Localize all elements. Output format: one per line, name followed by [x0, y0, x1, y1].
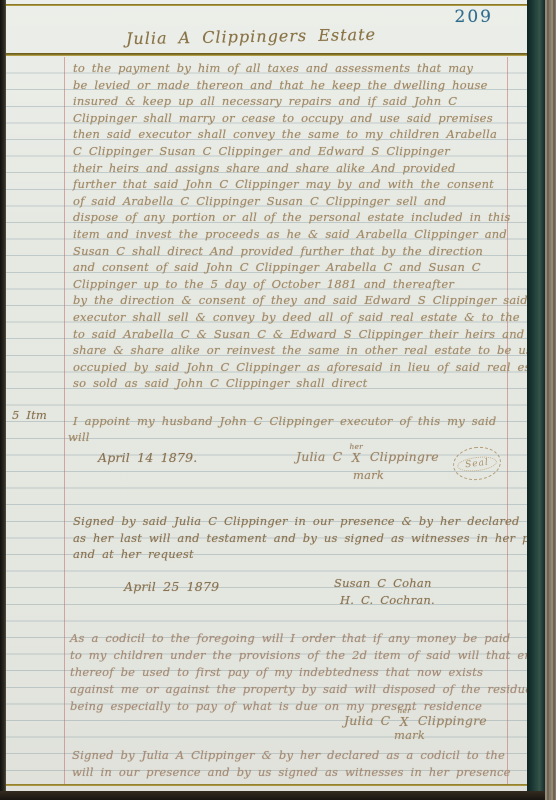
page-edges	[545, 0, 556, 800]
margin-item-note: 5 Itm	[12, 408, 47, 422]
manuscript-line: insured & keep up all necessary repairs …	[73, 94, 457, 108]
manuscript-line: Susan C shall direct And provided furthe…	[73, 244, 483, 258]
book-cover-edge	[527, 0, 545, 800]
header-gold-rule	[6, 53, 527, 56]
manuscript-line: share & share alike or reinvest the same…	[73, 343, 556, 357]
manuscript-line: item and invest the proceeds as he & sai…	[73, 227, 507, 241]
manuscript-line: to said Arabella C & Susan C & Edward S …	[73, 327, 556, 341]
manuscript-line: and at her request	[73, 547, 194, 561]
witness-signature: Susan C Cohan	[334, 576, 432, 590]
witness-signature: H. C. Cochran.	[340, 593, 435, 607]
right-margin-line	[507, 57, 508, 784]
left-margin-line	[64, 57, 65, 784]
manuscript-line: of said Arabella C Clippinger Susan C Cl…	[73, 194, 446, 208]
manuscript-line: their heirs and assigns share and share …	[73, 161, 456, 175]
manuscript-line: will in our presence and by us signed as…	[72, 765, 511, 779]
manuscript-line: then said executor shall convey the same…	[73, 127, 497, 141]
witness-date: April 25 1879	[124, 579, 219, 594]
bottom-page-shadow	[0, 791, 545, 800]
testator-signature: Julia C her X Clippingre	[296, 443, 439, 464]
manuscript-line: will	[68, 430, 90, 444]
page-number: 209	[455, 7, 493, 27]
manuscript-line: further that said John C Clippinger may …	[73, 177, 494, 191]
manuscript-line: Signed by said Julia C Clippinger in our…	[73, 514, 520, 528]
x-mark: her X	[349, 443, 362, 464]
mark-label: mark	[353, 468, 384, 482]
ledger-page: 209 Julia A Clippingers Estate to the pa…	[6, 0, 527, 791]
manuscript-line: Clippinger up to the 5 day of October 18…	[73, 277, 454, 291]
codicil-signature: Julia C her X Clippingre	[344, 707, 487, 728]
seal-label: Seal	[456, 454, 497, 473]
manuscript-line: thereof be used to first pay of my indeb…	[70, 665, 483, 679]
top-gold-rule	[6, 4, 527, 6]
manuscript-line: Signed by Julia A Clippinger & by her de…	[72, 748, 505, 762]
bottom-gold-rule	[6, 784, 527, 786]
manuscript-line: be levied or made thereon and that he ke…	[73, 78, 488, 92]
manuscript-line: Clippinger shall marry or cease to occup…	[73, 111, 493, 125]
estate-title: Julia A Clippingers Estate	[126, 25, 376, 48]
signature-first: Julia C	[344, 713, 390, 728]
manuscript-line: as her last will and testament and by us…	[73, 531, 556, 545]
signature-last: Clippingre	[370, 449, 439, 464]
manuscript-line: As a codicil to the foregoing will I ord…	[70, 631, 510, 645]
signature-first: Julia C	[296, 449, 342, 464]
manuscript-line: against me or against the property by sa…	[70, 682, 532, 696]
manuscript-line: I appoint my husband John C Clippinger e…	[73, 414, 496, 428]
x-mark: her X	[397, 707, 410, 728]
manuscript-line: by the direction & consent of they and s…	[73, 293, 528, 307]
manuscript-line: occupied by said John C Clippinger as af…	[73, 360, 554, 374]
manuscript-line: dispose of any portion or all of the per…	[73, 210, 510, 224]
manuscript-line: executor shall sell & convey by deed all…	[73, 310, 556, 324]
execution-date: April 14 1879.	[98, 450, 197, 465]
manuscript-line: to my children under the provisions of t…	[70, 648, 556, 662]
signature-last: Clippingre	[418, 713, 487, 728]
manuscript-line: and consent of said John C Clippinger Ar…	[73, 260, 481, 274]
manuscript-line: to the payment by him of all taxes and a…	[73, 61, 473, 75]
ledger-photo: 209 Julia A Clippingers Estate to the pa…	[0, 0, 556, 800]
manuscript-line: so sold as said John C Clippinger shall …	[73, 376, 367, 390]
manuscript-line: C Clippinger Susan C Clippinger and Edwa…	[73, 144, 450, 158]
mark-label: mark	[394, 728, 425, 742]
